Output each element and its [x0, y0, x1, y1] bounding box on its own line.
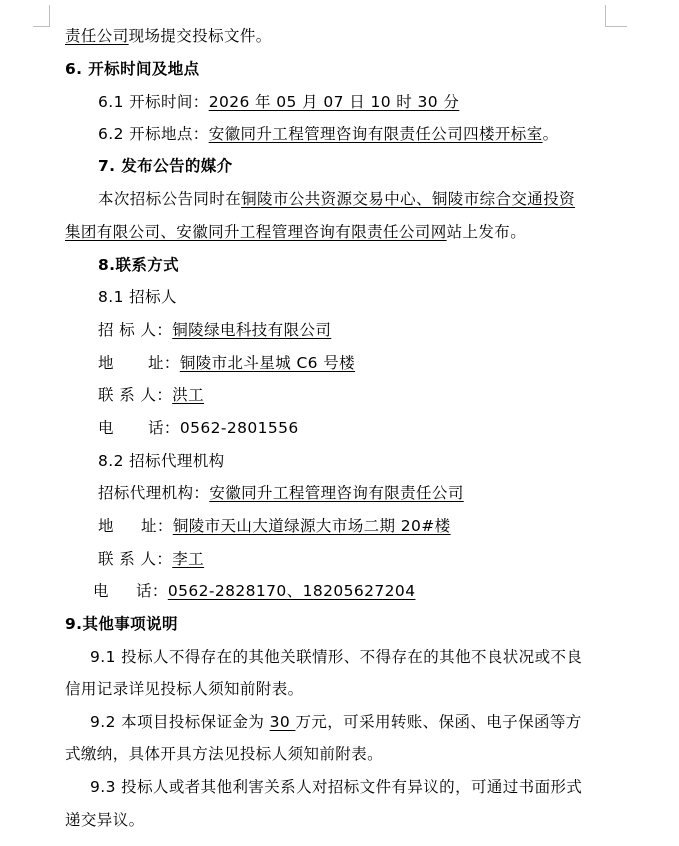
- tenderer-phone-row: 电话：0562-2801556: [98, 416, 299, 440]
- agency-phone-row: 电话：0562-2828170、18205627204: [93, 579, 415, 603]
- text: 9.2 本项目投标保证金为: [90, 713, 270, 731]
- paragraph-line: 递交异议。: [65, 808, 145, 832]
- label: 址：: [148, 354, 180, 372]
- opening-place: 6.2 开标地点：安徽同升工程管理咨询有限责任公司四楼开标室。: [98, 122, 559, 146]
- value: 李工: [172, 550, 204, 568]
- agency-address-row: 地址：铜陵市天山大道绿源大市场二期 20#楼: [98, 514, 451, 538]
- tenderer-address-row: 地址：铜陵市北斗星城 C6 号楼: [98, 351, 355, 375]
- label: 话：: [136, 582, 168, 600]
- tenderer-row: 招 标 人：铜陵绿电科技有限公司: [98, 318, 331, 342]
- paragraph-line: 9.3 投标人或者其他利害关系人对招标文件有异议的，可通过书面形式: [90, 775, 582, 799]
- label: 招标代理机构：: [98, 484, 209, 502]
- label: 6.2 开标地点：: [98, 125, 209, 143]
- page-margin-corner-top-left: [33, 5, 50, 27]
- value: 安徽同升工程管理咨询有限责任公司四楼开标室: [209, 125, 543, 143]
- opening-time: 6.1 开标时间：2026 年 05 月 07 日 10 时 30 分: [98, 90, 459, 114]
- value: 2026 年 05 月 07 日 10 时 30 分: [209, 93, 460, 111]
- punct: 。: [543, 125, 559, 143]
- paragraph-line: 信用记录详见投标人须知前附表。: [65, 677, 304, 701]
- value: 安徽同升工程管理咨询有限责任公司: [209, 484, 463, 502]
- subsection-heading-8-1: 8.1 招标人: [98, 285, 177, 309]
- label: 6.1 开标时间：: [98, 93, 209, 111]
- paragraph-line: 9.1 投标人不得存在的其他关联情形、不得存在的其他不良状况或不良: [90, 645, 582, 669]
- value: 铜陵绿电科技有限公司: [172, 321, 331, 339]
- text: 站上发布。: [447, 223, 527, 241]
- agency-row: 招标代理机构：安徽同升工程管理咨询有限责任公司: [98, 481, 464, 505]
- underlined-text: 集团有限公司、安徽同升工程管理咨询有限责任公司网: [65, 223, 447, 241]
- value: 铜陵市北斗星城 C6 号楼: [180, 354, 355, 372]
- paragraph-line: 责任公司现场提交投标文件。: [65, 24, 272, 48]
- text: 万元，可采用转账、保函、电子保函等方: [295, 713, 581, 731]
- underlined-text: 30: [270, 713, 296, 731]
- underlined-text: 责任公司: [65, 27, 129, 45]
- section-heading-8: 8.联系方式: [98, 253, 179, 277]
- section-heading-9: 9.其他事项说明: [65, 612, 178, 636]
- paragraph-line: 集团有限公司、安徽同升工程管理咨询有限责任公司网站上发布。: [65, 220, 526, 244]
- section-heading-7: 7. 发布公告的媒介: [98, 154, 233, 178]
- page-margin-corner-top-right: [605, 5, 627, 27]
- paragraph-line: 本次招标公告同时在铜陵市公共资源交易中心、铜陵市综合交通投资: [98, 187, 575, 211]
- label: 址：: [141, 517, 173, 535]
- subsection-heading-8-2: 8.2 招标代理机构: [98, 449, 225, 473]
- section-heading-6: 6. 开标时间及地点: [65, 57, 200, 81]
- value: 铜陵市天山大道绿源大市场二期 20#楼: [173, 517, 451, 535]
- value: 0562-2828170、18205627204: [168, 582, 416, 600]
- value: 0562-2801556: [180, 419, 299, 437]
- label: 地: [98, 514, 141, 538]
- tenderer-contact-row: 联 系 人：洪工: [98, 383, 204, 407]
- agency-contact-row: 联 系 人：李工: [98, 547, 204, 571]
- label: 联 系 人：: [98, 550, 172, 568]
- label: 地: [98, 351, 148, 375]
- label: 联 系 人：: [98, 386, 172, 404]
- underlined-text: 铜陵市公共资源交易中心、铜陵市综合交通投资: [241, 190, 575, 208]
- label: 电: [98, 416, 148, 440]
- paragraph-line: 式缴纳，具体开具方法见投标人须知前附表。: [65, 742, 383, 766]
- text: 本次招标公告同时在: [98, 190, 241, 208]
- text: 现场提交投标文件。: [129, 27, 272, 45]
- label: 招 标 人：: [98, 321, 172, 339]
- value: 洪工: [172, 386, 204, 404]
- paragraph-line: 9.2 本项目投标保证金为 30 万元，可采用转账、保函、电子保函等方: [90, 710, 582, 734]
- label: 电: [93, 579, 136, 603]
- label: 话：: [148, 419, 180, 437]
